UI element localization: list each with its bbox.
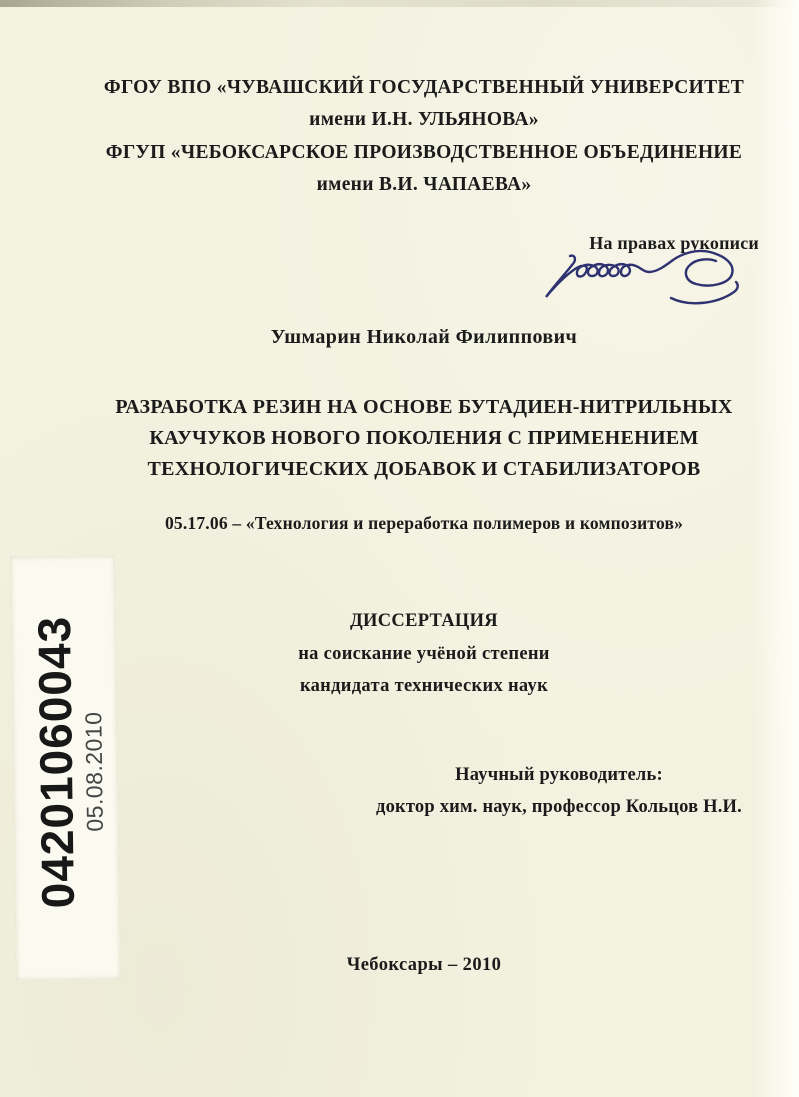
organization-2-named-after: имени В.И. ЧАПАЕВА» (49, 169, 799, 201)
title-line-1: РАЗРАБОТКА РЕЗИН НА ОСНОВЕ БУТАДИЕН-НИТР… (49, 392, 799, 423)
author-name: Ушмарин Николай Филиппович (49, 326, 799, 348)
supervisor-block: Научный руководитель: доктор хим. наук, … (359, 759, 759, 823)
organization-2-name: ФГУП «ЧЕБОКСАРСКОЕ ПРОИЗВОДСТВЕННОЕ ОБЪЕ… (49, 137, 799, 169)
title-line-3: ТЕХНОЛОГИЧЕСКИХ ДОБАВОК И СТАБИЛИЗАТОРОВ (49, 454, 799, 485)
specialty-code-line: 05.17.06 – «Технология и переработка пол… (49, 512, 799, 534)
dissertation-title: РАЗРАБОТКА РЕЗИН НА ОСНОВЕ БУТАДИЕН-НИТР… (49, 392, 799, 485)
organization-1-name: ФГОУ ВПО «ЧУВАШСКИЙ ГОСУДАРСТВЕННЫЙ УНИВ… (49, 72, 799, 104)
page-content: ФГОУ ВПО «ЧУВАШСКИЙ ГОСУДАРСТВЕННЫЙ УНИВ… (49, 0, 799, 1097)
organization-1-named-after: имени И.Н. УЛЬЯНОВА» (49, 104, 799, 136)
dissertation-degree-block: ДИССЕРТАЦИЯ на соискание учёной степени … (49, 605, 799, 703)
dissertation-heading: ДИССЕРТАЦИЯ (49, 605, 799, 638)
city-and-year: Чебоксары – 2010 (49, 954, 799, 976)
degree-pursuit-line: на соискание учёной степени (49, 638, 799, 671)
organizations-block: ФГОУ ВПО «ЧУВАШСКИЙ ГОСУДАРСТВЕННЫЙ УНИВ… (49, 72, 799, 202)
registration-date-vertical: 05.08.2010 (77, 611, 111, 931)
registration-sticker: 04201060043 05.08.2010 (10, 555, 121, 980)
supervisor-label: Научный руководитель: (359, 759, 759, 791)
registration-number-vertical: 04201060043 (28, 602, 84, 923)
supervisor-name: доктор хим. наук, профессор Кольцов Н.И. (359, 791, 759, 823)
handwritten-signature (537, 246, 752, 312)
degree-name-line: кандидата технических наук (49, 670, 799, 703)
scanned-page: ФГОУ ВПО «ЧУВАШСКИЙ ГОСУДАРСТВЕННЫЙ УНИВ… (0, 0, 799, 1097)
title-line-2: КАУЧУКОВ НОВОГО ПОКОЛЕНИЯ С ПРИМЕНЕНИЕМ (49, 423, 799, 454)
